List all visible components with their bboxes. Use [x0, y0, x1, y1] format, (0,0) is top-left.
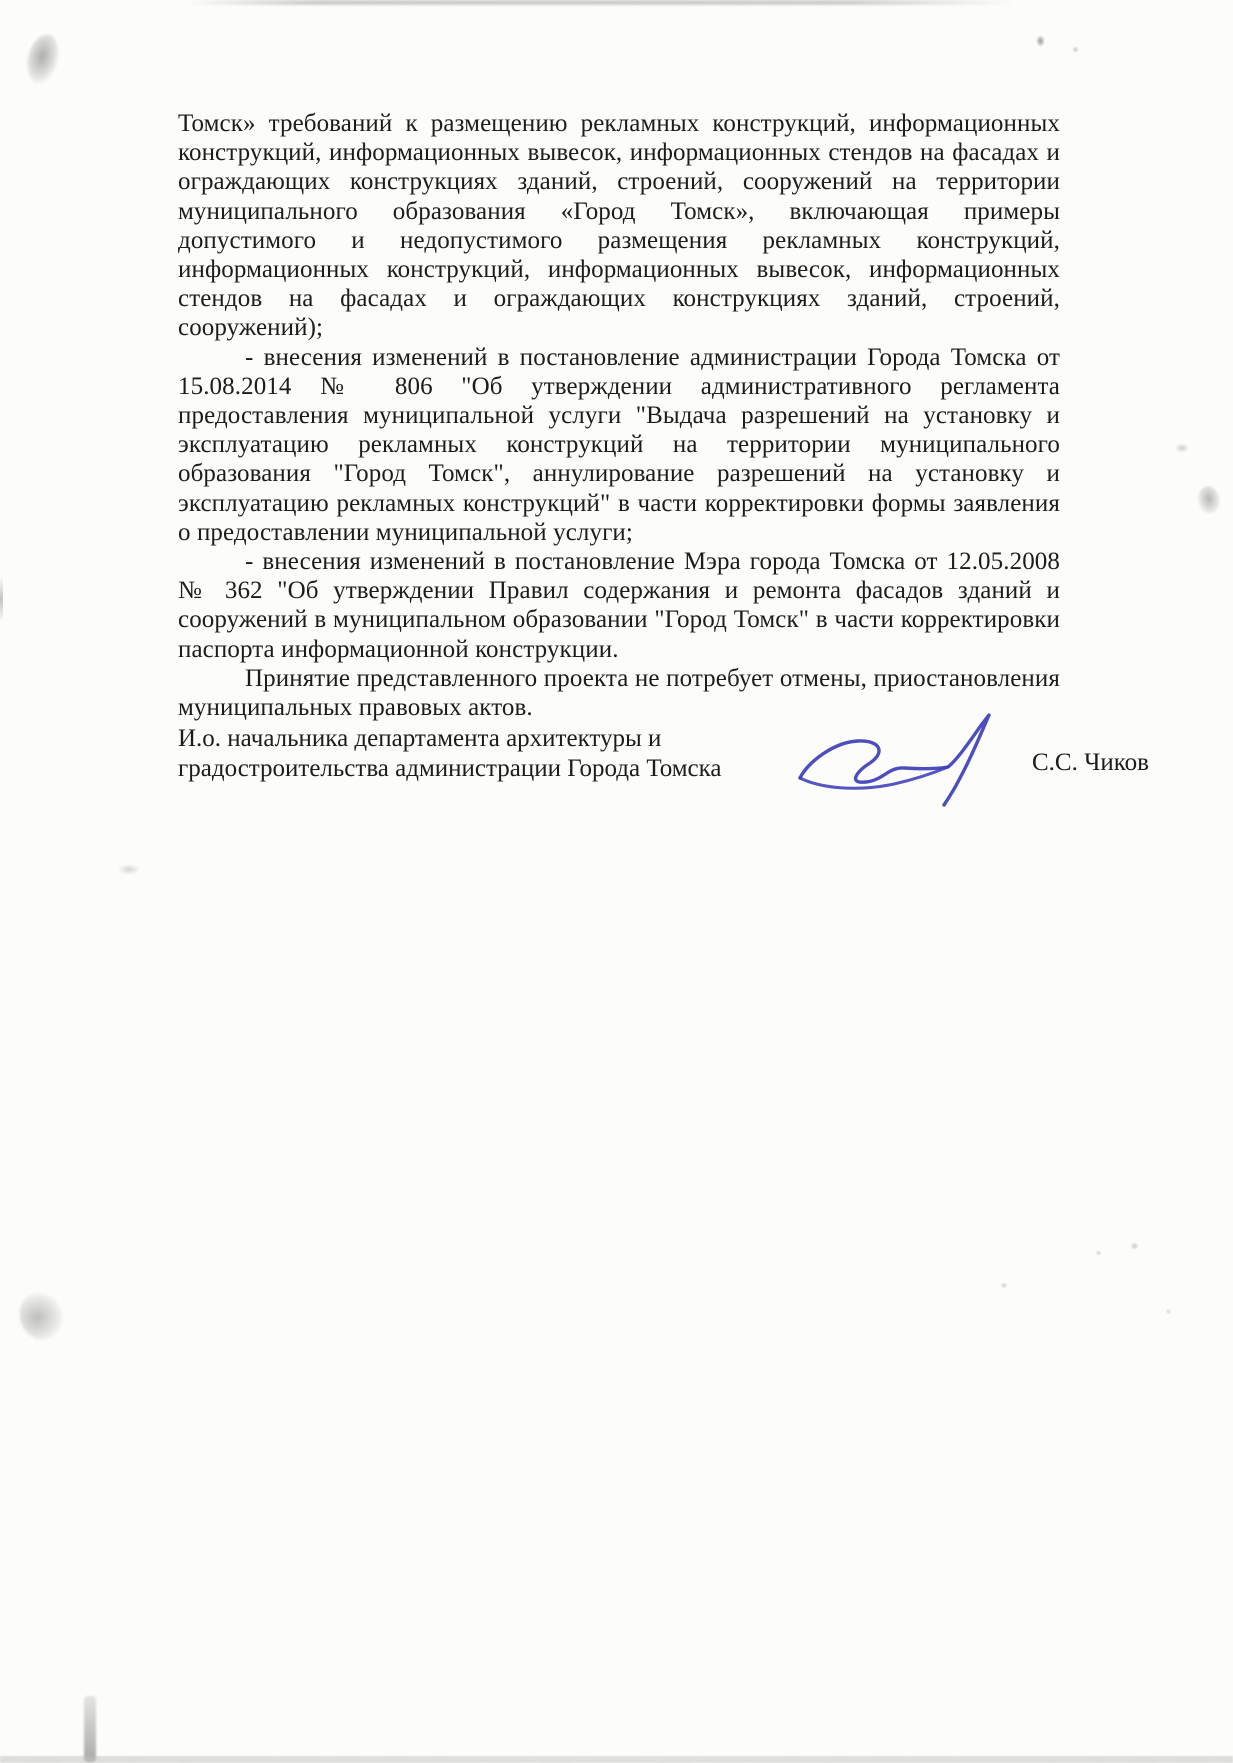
scan-smudge — [1000, 1282, 1008, 1289]
scan-smudge — [13, 1286, 70, 1346]
scan-smudge — [84, 1696, 96, 1762]
signatory-title-line-2: градостроительства администрации Города … — [178, 754, 722, 784]
signatory-title: И.о. начальника департамента архитектуры… — [178, 724, 722, 784]
signatory-name: С.С. Чиков — [1032, 749, 1149, 777]
scan-smudge — [1165, 1308, 1172, 1315]
scan-edge-shadow-top — [185, 0, 1015, 5]
scan-smudge — [118, 864, 140, 875]
signature-ink-icon — [790, 712, 1008, 816]
scan-smudge — [1130, 1242, 1139, 1250]
scan-smudge — [22, 31, 63, 87]
scan-smudge — [1175, 443, 1189, 453]
handwritten-signature — [790, 712, 1008, 816]
scan-edge-shadow-bottom — [0, 1756, 1233, 1763]
scan-smudge — [1196, 484, 1223, 515]
paragraph-continuation: Томск» требований к размещению рекламных… — [178, 109, 1060, 343]
signature-main-stroke — [800, 715, 989, 805]
scan-smudge — [1095, 1250, 1102, 1256]
scan-smudge — [1036, 35, 1045, 47]
scan-smudge — [0, 577, 3, 621]
scanned-document-page: Томск» требований к размещению рекламных… — [0, 0, 1233, 1763]
paragraph-amendment-2: - внесения изменений в постановление Мэр… — [178, 547, 1060, 664]
signatory-title-line-1: И.о. начальника департамента архитектуры… — [178, 724, 722, 754]
scan-smudge — [1072, 46, 1079, 53]
paragraph-amendment-1: - внесения изменений в постановление адм… — [178, 343, 1060, 547]
document-body-text: Томск» требований к размещению рекламных… — [178, 109, 1060, 722]
